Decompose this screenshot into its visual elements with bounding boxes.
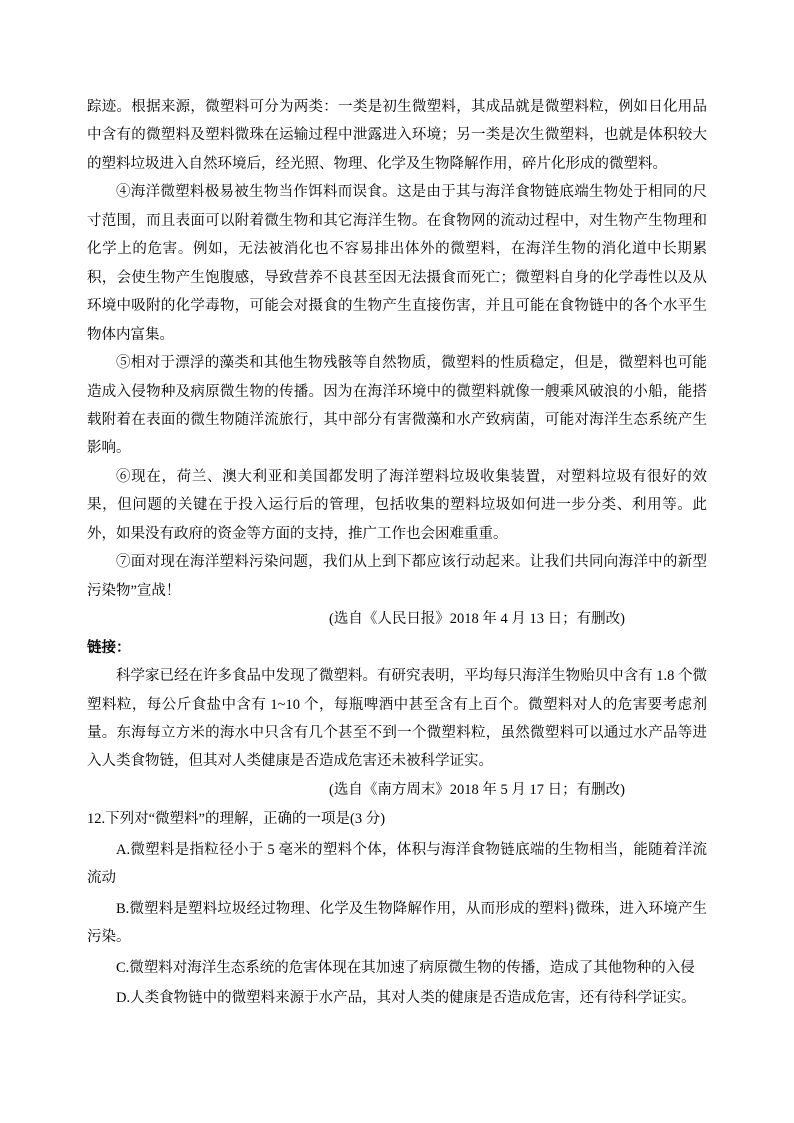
document-page: 踪迹。根据来源，微塑料可分为两类：一类是初生微塑料，其成品就是微塑料粒，例如日化… <box>0 0 794 1123</box>
paragraph-continuation: 踪迹。根据来源，微塑料可分为两类：一类是初生微塑料，其成品就是微塑料粒，例如日化… <box>87 93 707 178</box>
question-12-option-d: D.人类食物链中的微塑料来源于水产品，其对人类的健康是否造成危害，还有待科学证实… <box>87 984 707 1012</box>
link-paragraph: 科学家已经在许多食品中发现了微塑料。有研究表明，平均每只海洋生物贻贝中含有 1.… <box>87 662 707 776</box>
paragraph-7: ⑦面对现在海洋塑料污染问题，我们从上到下都应该行动起来。让我们共同向海洋中的新型… <box>87 548 707 605</box>
paragraph-5: ⑤相对于漂浮的藻类和其他生物残骸等自然物质，微塑料的性质稳定，但是，微塑料也可能… <box>87 349 707 463</box>
source-line-southern-weekly: (选自《南方周末》2018 年 5 月 17 日；有删改) <box>87 776 707 804</box>
link-section-label: 链接： <box>87 634 707 662</box>
paragraph-6: ⑥现在，荷兰、澳大利亚和美国都发明了海洋塑料垃圾收集装置，对塑料垃圾有很好的效果… <box>87 463 707 548</box>
source-line-people-daily: (选自《人民日报》2018 年 4 月 13 日；有删改) <box>87 605 707 633</box>
question-12-option-c: C.微塑料对海洋生态系统的危害体现在其加速了病原微生物的传播，造成了其他物种的入… <box>87 954 707 982</box>
question-12-stem: 12.下列对“微塑料”的理解，正确的一项是(3 分) <box>87 805 707 833</box>
paragraph-4: ④海洋微塑料极易被生物当作饵料而误食。这是由于其与海洋食物链底端生物处于相同的尺… <box>87 178 707 349</box>
question-12-option-b: B.微塑料是塑料垃圾经过物理、化学及生物降解作用，从而形成的塑料}微珠，进入环境… <box>87 895 707 952</box>
question-12-option-a: A.微塑料是指粒径小于 5 毫米的塑料个体，体积与海洋食物链底端的生物相当，能随… <box>87 836 707 893</box>
